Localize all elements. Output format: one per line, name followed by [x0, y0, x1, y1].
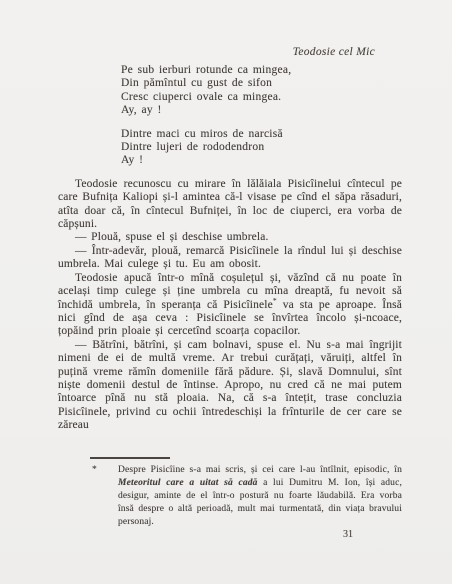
text-block: Pe sub ierburi rotunde ca mingea, Din pă…	[58, 64, 402, 433]
footnote-marker: *	[92, 464, 97, 477]
footnote-book-title: Meteoritul care a uitat să cadă	[118, 478, 258, 488]
poem-line: Pe sub ierburi rotunde ca mingea,	[121, 64, 402, 77]
footnote-separator-rule	[90, 457, 170, 459]
poem-line: Dintre lujeri de rododendron	[121, 141, 402, 154]
poem-line: Ay !	[121, 154, 402, 167]
paragraph-dialogue-2: — Într-adevăr, plouă, remarcă Pisicîinel…	[58, 245, 402, 272]
poem-line: Ay, ay !	[121, 104, 402, 117]
paragraph-dialogue-3: — Bătrîni, bătrîni, și cam bolnavi, spus…	[58, 339, 402, 433]
prose-body: Teodosie recunoscu cu mirare în lălăiala…	[58, 178, 402, 433]
footnote-text-segment: Despre Pisicîine s-a mai scris, și cei c…	[118, 465, 402, 475]
paragraph-narration-2: Teodosie apucă într-o mînă coșulețul și,…	[58, 272, 402, 339]
page-number: 31	[343, 529, 353, 540]
running-head: Teodosie cel Mic	[293, 46, 375, 58]
poem: Pe sub ierburi rotunde ca mingea, Din pă…	[121, 64, 402, 168]
poem-stanza-2: Dintre maci cu miros de narcisă Dintre l…	[121, 128, 402, 168]
poem-line: Din pămîntul cu gust de sifon	[121, 77, 402, 90]
footnote-area: *Despre Pisicîine s-a mai scris, și cei …	[58, 457, 402, 529]
poem-stanza-1: Pe sub ierburi rotunde ca mingea, Din pă…	[121, 64, 402, 118]
paragraph-dialogue-1: — Plouă, spuse el și deschise umbrela.	[58, 231, 402, 244]
poem-line: Cresc ciuperci ovale ca mingea.	[121, 91, 402, 104]
footnote: *Despre Pisicîine s-a mai scris, și cei …	[58, 464, 402, 529]
poem-line: Dintre maci cu miros de narcisă	[121, 128, 402, 141]
paragraph-narration-1: Teodosie recunoscu cu mirare în lălăiala…	[58, 178, 402, 232]
book-page: Teodosie cel Mic Pe sub ierburi rotunde …	[0, 0, 452, 584]
